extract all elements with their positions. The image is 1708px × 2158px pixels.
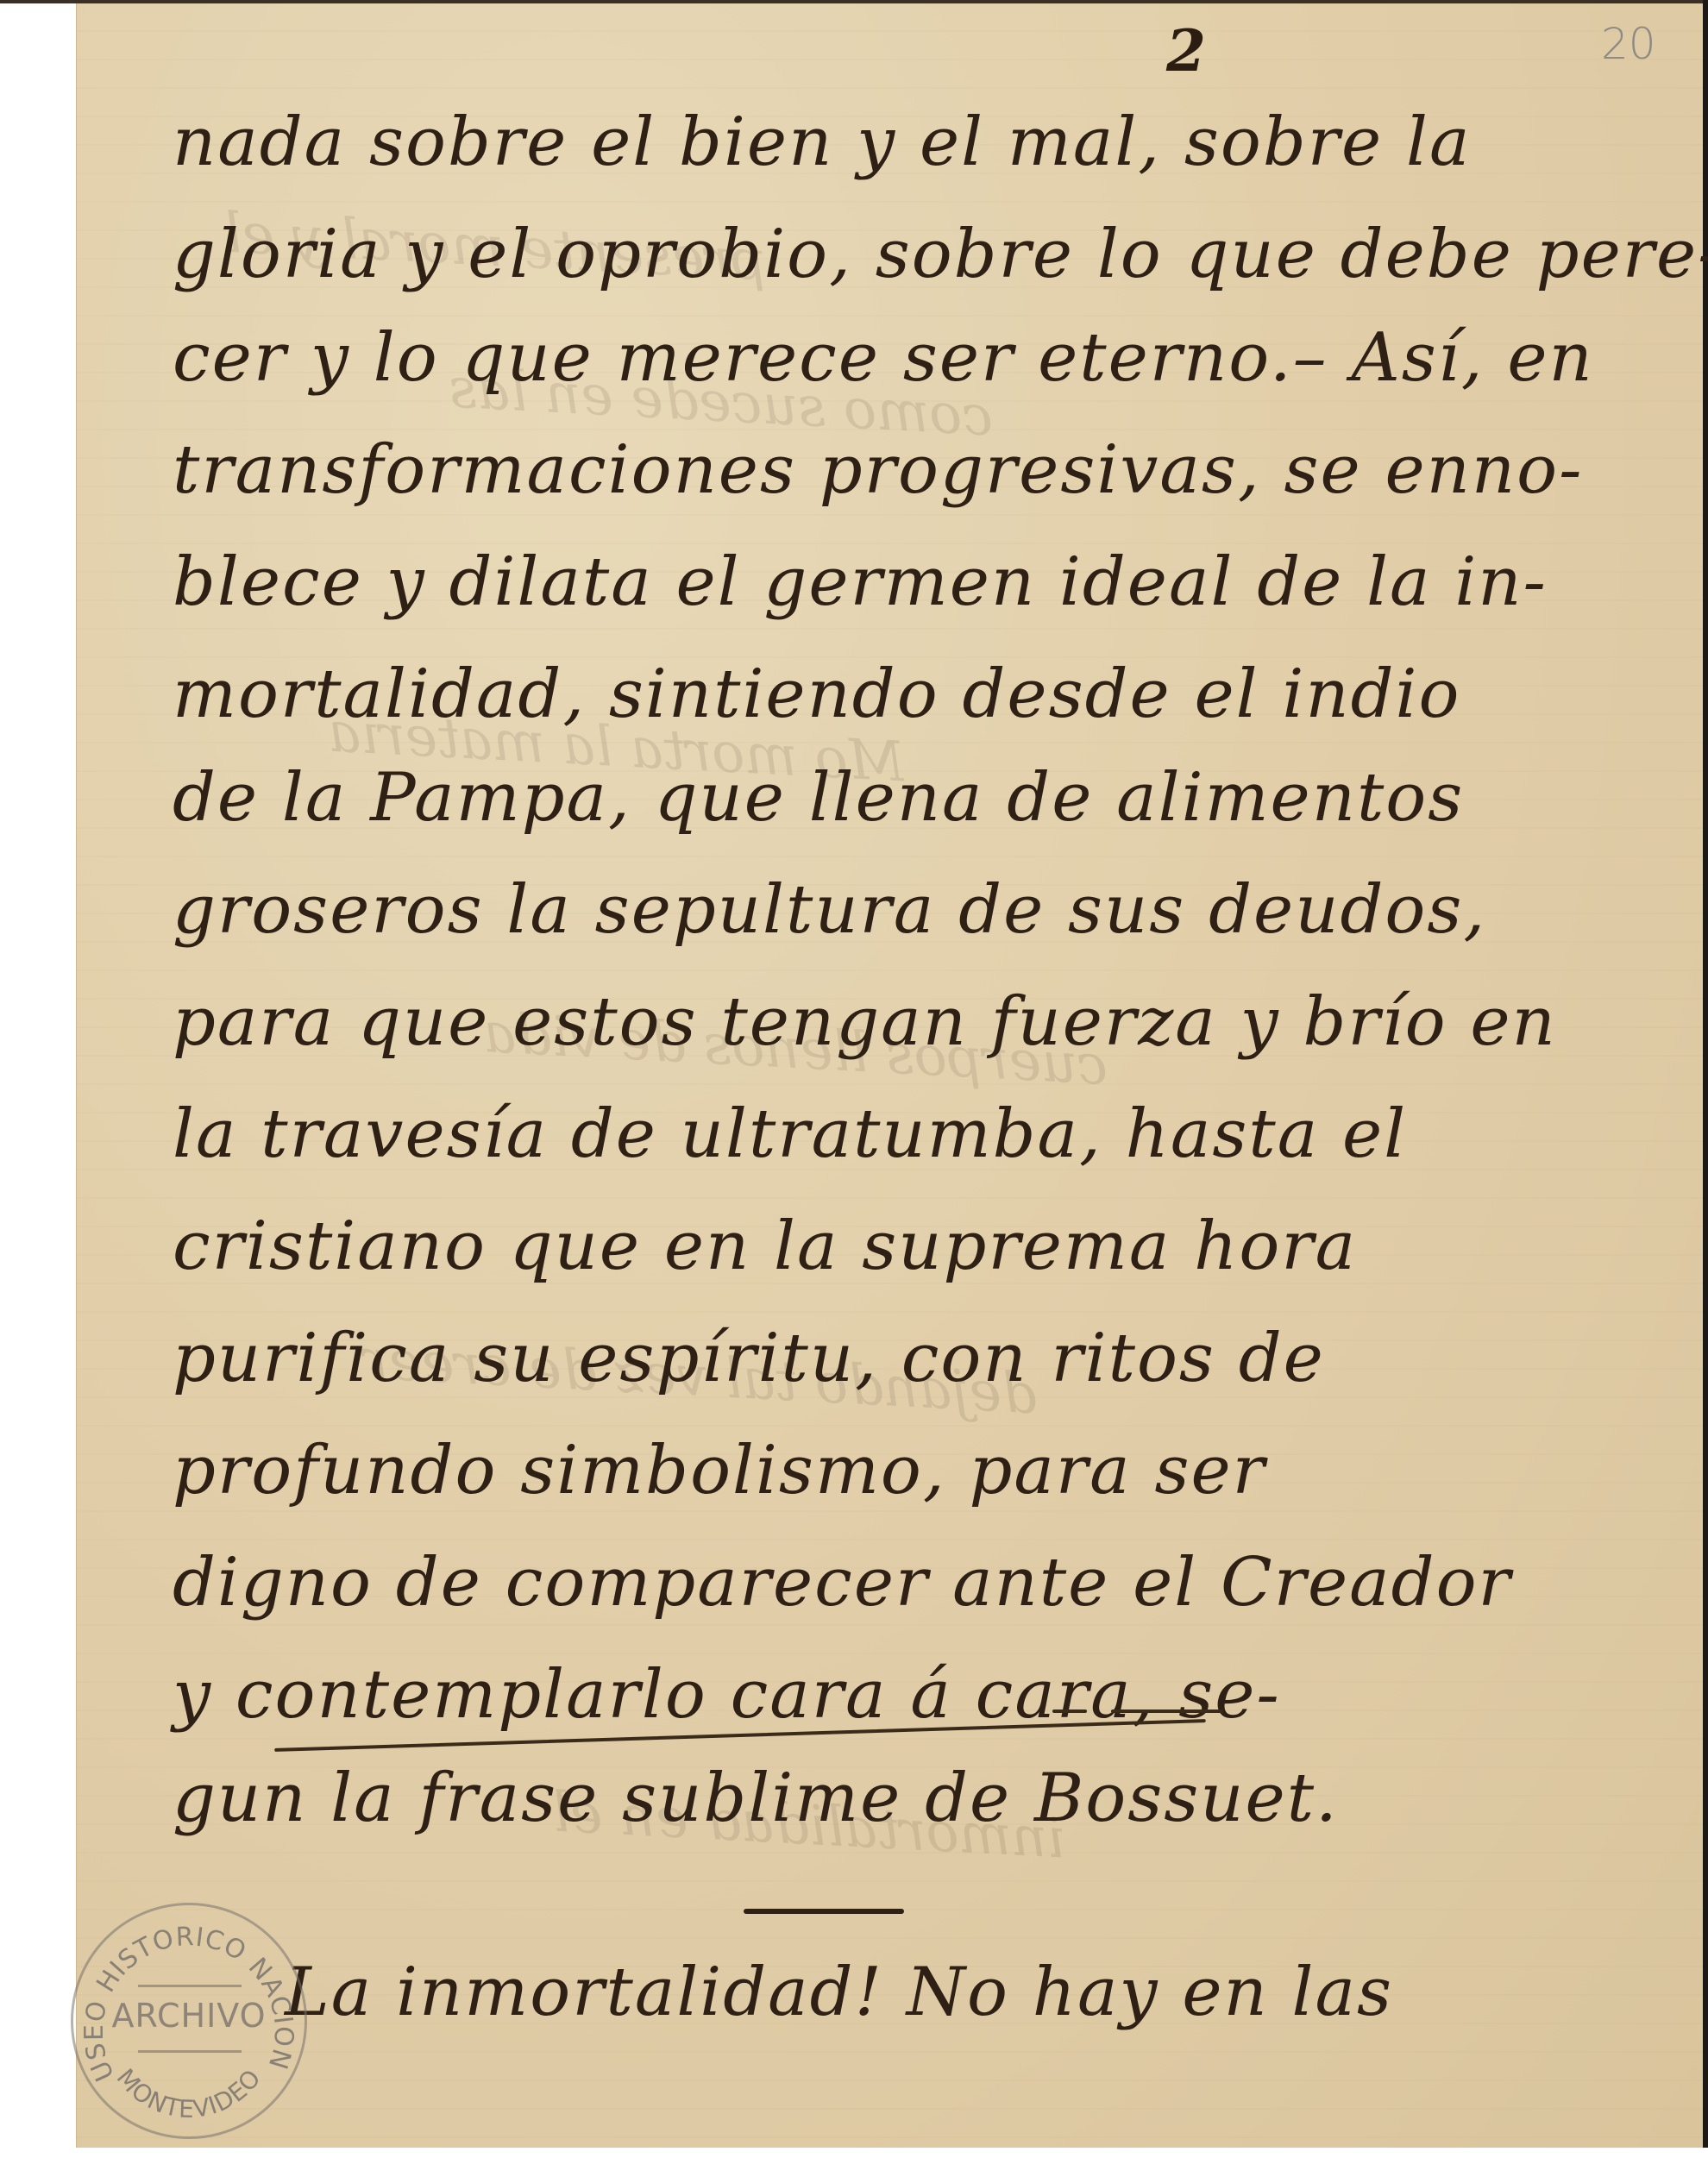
- svg-text:MONTEVIDEO: MONTEVIDEO: [111, 2063, 267, 2123]
- manuscript-line: para que estos tengan fuerza y brío en: [173, 983, 1557, 1061]
- archive-stamp: MUSEO HISTORICO NACIONAL MONTEVIDEO ARCH…: [71, 1903, 307, 2139]
- manuscript-line: gun la frase sublime de Bossuet.: [173, 1760, 1339, 1837]
- section-separator: [744, 1909, 904, 1914]
- manuscript-line: purifica su espíritu, con ritos de: [173, 1320, 1325, 1397]
- manuscript-line: cer y lo que merece ser eterno.– Así, en: [173, 319, 1594, 397]
- manuscript-line: la travesía de ultratumba, hasta el: [173, 1095, 1407, 1173]
- manuscript-line: groseros la sepultura de sus deudos,: [173, 871, 1486, 949]
- folio-number: 20: [1601, 19, 1656, 69]
- stamp-center-text: ARCHIVO: [73, 1997, 305, 2035]
- stamp-rule: [138, 1985, 242, 1987]
- manuscript-line: nada sobre el bien y el mal, sobre la: [173, 104, 1471, 181]
- manuscript-line: gloria y el oprobio, sobre lo que debe p…: [173, 216, 1708, 293]
- manuscript-line: cristiano que en la suprema hora: [173, 1208, 1357, 1285]
- manuscript-line: mortalidad, sintiendo desde el indio: [173, 656, 1460, 733]
- accent-underline: [1052, 1709, 1087, 1713]
- word-underline: [1111, 1709, 1223, 1713]
- manuscript-line: transformaciones progresivas, se enno-: [173, 431, 1583, 509]
- manuscript-line: digno de comparecer ante el Creador: [173, 1544, 1512, 1622]
- scan-right-edge: [1703, 0, 1708, 2148]
- stamp-rule: [138, 2050, 242, 2053]
- page-marker: 2: [1166, 17, 1206, 85]
- manuscript-line: blece y dilata el germen ideal de la in-: [173, 543, 1548, 621]
- manuscript-line: de la Pampa, que llena de alimentos: [173, 759, 1464, 837]
- svg-text:MUSEO HISTORICO NACIONAL: MUSEO HISTORICO NACIONAL: [73, 1905, 298, 2086]
- manuscript-line: profundo simbolismo, para ser: [173, 1432, 1266, 1509]
- manuscript-line: La inmortalidad! No hay en las: [285, 1954, 1393, 2031]
